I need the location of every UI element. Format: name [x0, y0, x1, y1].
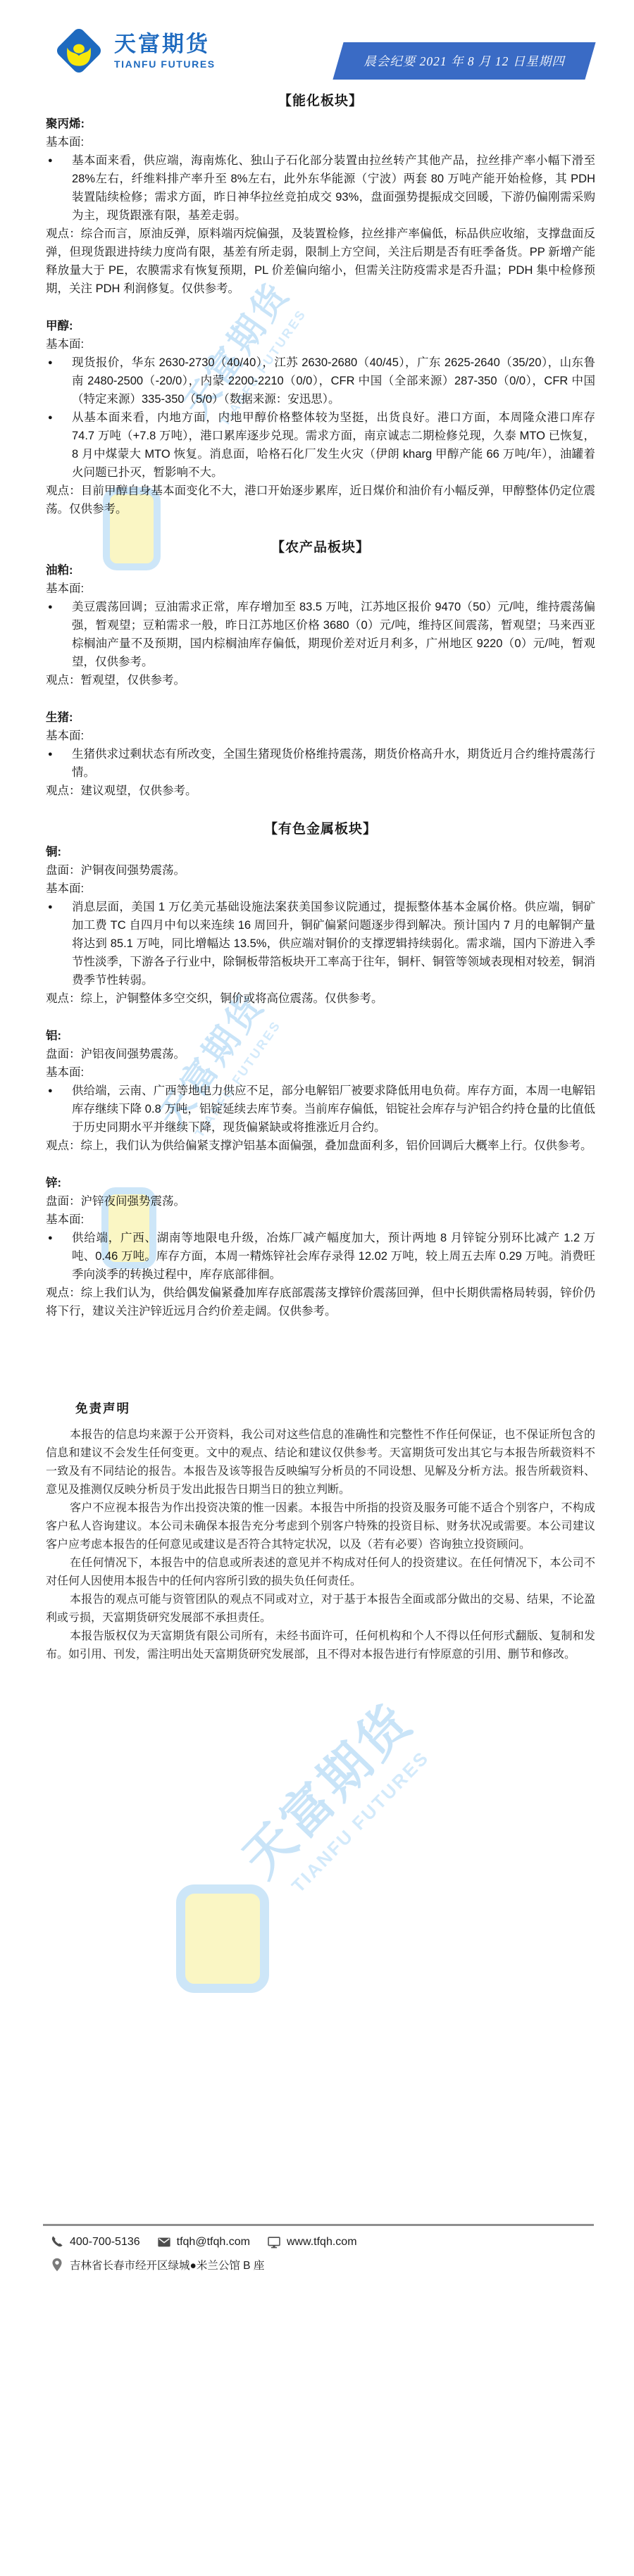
- fundamental-label: 基本面:: [46, 580, 595, 598]
- brand-name-cn: 天富期货: [114, 32, 216, 56]
- section-title-nonferrous: 【有色金属板块】: [46, 818, 595, 837]
- phone-icon: [50, 2235, 64, 2249]
- disclaimer-paragraph: 本报告的观点可能与资管团队的观点不同或对立，对于基于本报告全面或部分做出的交易、…: [46, 1591, 595, 1627]
- bullet-marker-icon: ●: [46, 745, 72, 782]
- phone-item: 400-700-5136: [50, 2235, 140, 2249]
- brand-watermark: 天富期货 TIANFU FUTURES: [207, 1668, 459, 1923]
- email-item: tfqh@tfqh.com: [157, 2235, 250, 2249]
- viewpoint-text: 观点：暂观望，仅供参考。: [46, 671, 595, 689]
- fundamental-label: 基本面:: [46, 727, 595, 745]
- bullet-item: ● 供给端，云南、广西等地电力供应不足，部分电解铝厂被要求降低用电负荷。库存方面…: [46, 1082, 595, 1137]
- viewpoint-text: 观点：综上我们认为，供给偶发偏紧叠加库存底部震荡支撑锌价震荡回弹，但中长期供需格…: [46, 1284, 595, 1320]
- footer-divider: [43, 2224, 594, 2226]
- page-footer: 400-700-5136 tfqh@tfqh.com www.tfqh.com: [0, 2224, 634, 2272]
- market-surface-line: 盘面：沪锌夜间强势震荡。: [46, 1192, 595, 1211]
- location-pin-icon: [50, 2258, 64, 2272]
- email-address: tfqh@tfqh.com: [177, 2236, 250, 2249]
- viewpoint-text: 观点：综合而言，原油反弹，原料端丙烷偏强，及装置检修，拉丝排产率偏低，标品供应收…: [46, 225, 595, 298]
- website-monitor-icon: [267, 2235, 281, 2249]
- disclaimer-title: 免责声明: [75, 1399, 595, 1417]
- report-page: 天富期货 TIANFU FUTURES 天富期货 TIANFU FUTURES …: [0, 0, 634, 2576]
- disclaimer-paragraph: 在任何情况下，本报告中的信息或所表述的意见并不构成对任何人的投资建议。在任何情况…: [46, 1554, 595, 1591]
- commodity-name-live-hogs: 生猪:: [46, 708, 595, 727]
- phone-number: 400-700-5136: [70, 2236, 140, 2249]
- bullet-text: 基本面来看，供应端，海南炼化、独山子石化部分装置由拉丝转产其他产品，拉丝排产率小…: [72, 151, 595, 225]
- bullet-item: ● 供给端，广西、湖南等地限电升级，冶炼厂减产幅度加大，预计两地 8 月锌锭分别…: [46, 1229, 595, 1284]
- bullet-marker-icon: ●: [46, 598, 72, 671]
- company-address: 吉林省长春市经开区绿城●米兰公馆 B 座: [70, 2257, 264, 2272]
- website-url: www.tfqh.com: [287, 2236, 357, 2249]
- footer-contact-row: 400-700-5136 tfqh@tfqh.com www.tfqh.com: [0, 2235, 634, 2249]
- fundamental-label: 基本面:: [46, 1211, 595, 1229]
- commodity-name-zinc: 锌:: [46, 1174, 595, 1192]
- bullet-marker-icon: ●: [46, 1082, 72, 1137]
- bullet-item: ● 美豆震荡回调；豆油需求正常，库存增加至 83.5 万吨，江苏地区报价 947…: [46, 598, 595, 671]
- viewpoint-text: 观点：建议观望，仅供参考。: [46, 782, 595, 800]
- bullet-marker-icon: ●: [46, 1229, 72, 1284]
- commodity-name-copper: 铜:: [46, 843, 595, 861]
- email-icon: [157, 2235, 171, 2249]
- viewpoint-text: 观点：综上，沪铜整体多空交织，铜价或将高位震荡。仅供参考。: [46, 989, 595, 1008]
- section-title-agriculture: 【农产品板块】: [46, 537, 595, 556]
- page-header: 天富期货 TIANFU FUTURES 晨会纪要 2021 年 8 月 12 日…: [0, 0, 634, 87]
- bullet-marker-icon: ●: [46, 151, 72, 225]
- report-body: 【能化板块】 聚丙烯: 基本面: ● 基本面来看，供应端，海南炼化、独山子石化部…: [0, 0, 634, 1664]
- address-item: 吉林省长春市经开区绿城●米兰公馆 B 座: [50, 2257, 264, 2272]
- report-date-banner: 晨会纪要 2021 年 8 月 12 日星期四: [338, 42, 590, 80]
- disclaimer-paragraph: 本报告的信息均来源于公开资料，我公司对这些信息的准确性和完整性不作任何保证，也不…: [46, 1426, 595, 1499]
- market-surface-line: 盘面：沪铝夜间强势震荡。: [46, 1045, 595, 1063]
- bullet-text: 从基本面来看，内地方面，内地甲醇价格整体较为坚挺，出货良好。港口方面，本周隆众港…: [72, 408, 595, 482]
- brand-name-en: TIANFU FUTURES: [114, 58, 216, 70]
- bullet-text: 美豆震荡回调；豆油需求正常，库存增加至 83.5 万吨，江苏地区报价 9470（…: [72, 598, 595, 671]
- tianfu-logo: 天富期货 TIANFU FUTURES: [54, 24, 216, 77]
- brand-name-block: 天富期货 TIANFU FUTURES: [114, 32, 216, 70]
- logo-diamond-icon: [54, 24, 104, 77]
- bullet-text: 现货报价，华东 2630-2730（40/40），江苏 2630-2680（40…: [72, 354, 595, 408]
- website-item: www.tfqh.com: [267, 2235, 357, 2249]
- commodity-name-aluminum: 铝:: [46, 1027, 595, 1045]
- bullet-marker-icon: ●: [46, 898, 72, 989]
- section-title-energy: 【能化板块】: [46, 90, 595, 109]
- commodity-name-methanol: 甲醇:: [46, 317, 595, 335]
- viewpoint-text: 观点：目前甲醇自身基本面变化不大，港口开始逐步累库，近日煤价和油价有小幅反弹，甲…: [46, 482, 595, 518]
- bullet-item: ● 基本面来看，供应端，海南炼化、独山子石化部分装置由拉丝转产其他产品，拉丝排产…: [46, 151, 595, 225]
- bullet-marker-icon: ●: [46, 408, 72, 482]
- disclaimer-section: 免责声明 本报告的信息均来源于公开资料，我公司对这些信息的准确性和完整性不作任何…: [46, 1399, 595, 1664]
- watermark-cn-text: 天富期货: [207, 1668, 441, 1906]
- disclaimer-paragraph: 客户不应视本报告为作出投资决策的惟一因素。本报告中所指的投资及服务可能不适合个别…: [46, 1499, 595, 1554]
- viewpoint-text: 观点：综上，我们认为供给偏紧支撑沪铝基本面偏强，叠加盘面利多，铝价回调后大概率上…: [46, 1137, 595, 1155]
- market-surface-line: 盘面：沪铜夜间强势震荡。: [46, 861, 595, 880]
- fundamental-label: 基本面:: [46, 1063, 595, 1082]
- banner-title: 晨会纪要 2021 年 8 月 12 日星期四: [338, 42, 590, 80]
- commodity-name-oil-meal: 油粕:: [46, 561, 595, 580]
- disclaimer-paragraph: 本报告版权仅为天富期货有限公司所有，未经书面许可，任何机构和个人不得以任何形式翻…: [46, 1627, 595, 1664]
- bullet-text: 供给端，云南、广西等地电力供应不足，部分电解铝厂被要求降低用电负荷。库存方面，本…: [72, 1082, 595, 1137]
- fundamental-label: 基本面:: [46, 335, 595, 354]
- watermark-logo-icon: [176, 1884, 269, 1993]
- bullet-marker-icon: ●: [46, 354, 72, 408]
- fundamental-label: 基本面:: [46, 880, 595, 898]
- bullet-item: ● 生猪供求过剩状态有所改变，全国生猪现货价格维持震荡，期货价格高升水，期货近月…: [46, 745, 595, 782]
- fundamental-label: 基本面:: [46, 133, 595, 151]
- bullet-item: ● 从基本面来看，内地方面，内地甲醇价格整体较为坚挺，出货良好。港口方面，本周隆…: [46, 408, 595, 482]
- bullet-text: 供给端，广西、湖南等地限电升级，冶炼厂减产幅度加大，预计两地 8 月锌锭分别环比…: [72, 1229, 595, 1284]
- bullet-item: ● 现货报价，华东 2630-2730（40/40），江苏 2630-2680（…: [46, 354, 595, 408]
- watermark-en-text: TIANFU FUTURES: [262, 1720, 459, 1923]
- bullet-text: 生猪供求过剩状态有所改变，全国生猪现货价格维持震荡，期货价格高升水，期货近月合约…: [72, 745, 595, 782]
- bullet-item: ● 消息层面，美国 1 万亿美元基础设施法案获美国参议院通过，提振整体基本金属价…: [46, 898, 595, 989]
- bullet-text: 消息层面，美国 1 万亿美元基础设施法案获美国参议院通过，提振整体基本金属价格。…: [72, 898, 595, 989]
- commodity-name-polypropylene: 聚丙烯:: [46, 115, 595, 133]
- footer-address-row: 吉林省长春市经开区绿城●米兰公馆 B 座: [0, 2257, 634, 2272]
